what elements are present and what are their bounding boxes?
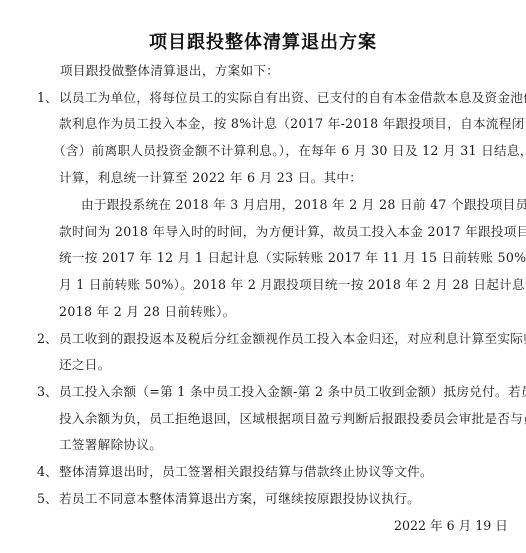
- item-line: 还之日。: [59, 357, 111, 373]
- item-line: 投入余额为负，员工拒绝退回，区域根据项目盈亏判断后报跟投委员会审批是否与员: [59, 411, 526, 427]
- item-number: 5、: [37, 491, 58, 507]
- item-line: 计算，利息统一计算至 2022 年 6 月 23 日。其中：: [59, 170, 362, 186]
- item-number: 3、: [37, 384, 58, 400]
- intro-text: 项目跟投做整体清算退出，方案如下：: [60, 63, 279, 79]
- item-line: 工签署解除协议。: [59, 437, 162, 453]
- item-line: （含）前离职人员投资金额不计算利息。），在每年 6 月 30 日及 12 月 3…: [53, 143, 526, 159]
- sub-paragraph-line: 由于跟投系统在 2018 年 3 月启用，2018 年 2 月 28 日前 47…: [81, 197, 526, 213]
- item-line: 以员工为单位，将每位员工的实际自有出资、已支付的自有本金借款本息及资金池借: [59, 90, 526, 106]
- document-date: 2022 年 6 月 19 日: [394, 518, 508, 534]
- item-line: 整体清算退出时，员工签署相关跟投结算与借款终止协议等文件。: [59, 464, 433, 480]
- item-number: 4、: [37, 464, 58, 480]
- item-line: 若员工不同意本整体清算退出方案，可继续按原跟投协议执行。: [59, 491, 420, 507]
- item-number: 2、: [37, 331, 58, 347]
- item-line: 员工收到的跟投返本及税后分红金额视作员工投入本金归还，对应利息计算至实际归: [59, 331, 526, 347]
- item-number: 1、: [37, 90, 58, 106]
- document-title: 项目跟投整体清算退出方案: [0, 28, 526, 54]
- sub-paragraph-line: 月 1 日前转账 50%）。2018 年 2 月跟投项目统一按 2018 年 2…: [59, 277, 526, 293]
- sub-paragraph-line: 2018 年 2 月 28 日前转账）。: [59, 304, 236, 320]
- sub-paragraph-line: 款时间为 2018 年导入时的时间，为方便计算，故员工投入本金 2017 年跟投…: [59, 224, 526, 240]
- sub-paragraph-line: 统一按 2017 年 12 月 1 日起计息（实际转账 2017 年 11 月 …: [59, 250, 526, 266]
- item-line: 员工投入余额（=第 1 条中员工投入金额-第 2 条中员工收到金额）抵房兑付。若…: [59, 384, 526, 400]
- item-line: 款利息作为员工投入本金，按 8%计息（2017 年-2018 年跟投项目，自本流…: [59, 116, 526, 132]
